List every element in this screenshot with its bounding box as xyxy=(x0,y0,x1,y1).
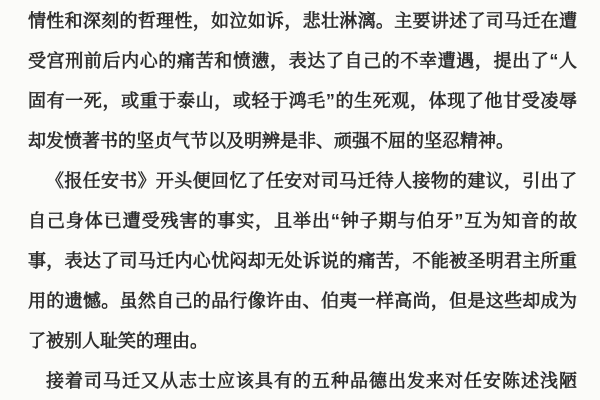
document-page: 情性和深刻的哲理性，如泣如诉，悲壮淋漓。主要讲述了司马迁在遭受宫刑前后内心的痛苦… xyxy=(0,0,600,400)
text-line: 用的遗憾。虽然自己的品行像许由、伯夷一样高尚，但是这些却成为 xyxy=(28,281,577,321)
text-line: 固有一死，或重于泰山，或轻于鸿毛”的生死观，体现了他甘受凌辱 xyxy=(28,81,577,121)
text-line: 《报任安书》开头便回忆了任安对司马迁待人接物的建议，引出了 xyxy=(28,161,577,201)
text-line: 却发愤著书的坚贞气节以及明辨是非、顽强不屈的坚忍精神。 xyxy=(28,121,577,161)
text-line: 自己身体已遭受残害的事实，且举出“钟子期与伯牙”互为知音的故 xyxy=(28,201,577,241)
text-line: 受宫刑前后内心的痛苦和愤懑，表达了自己的不幸遭遇，提出了“人 xyxy=(28,41,577,81)
text-line: 事，表达了司马迁内心忧闷却无处诉说的痛苦，不能被圣明君主所重 xyxy=(28,241,577,281)
text-line: 情性和深刻的哲理性，如泣如诉，悲壮淋漓。主要讲述了司马迁在遭 xyxy=(28,1,577,41)
text-line: 了被别人耻笑的理由。 xyxy=(28,321,577,361)
text-line: 接着司马迁又从志士应该具有的五种品德出发来对任安陈述浅陋 xyxy=(28,361,577,400)
document-text-body: 情性和深刻的哲理性，如泣如诉，悲壮淋漓。主要讲述了司马迁在遭受宫刑前后内心的痛苦… xyxy=(28,1,577,400)
